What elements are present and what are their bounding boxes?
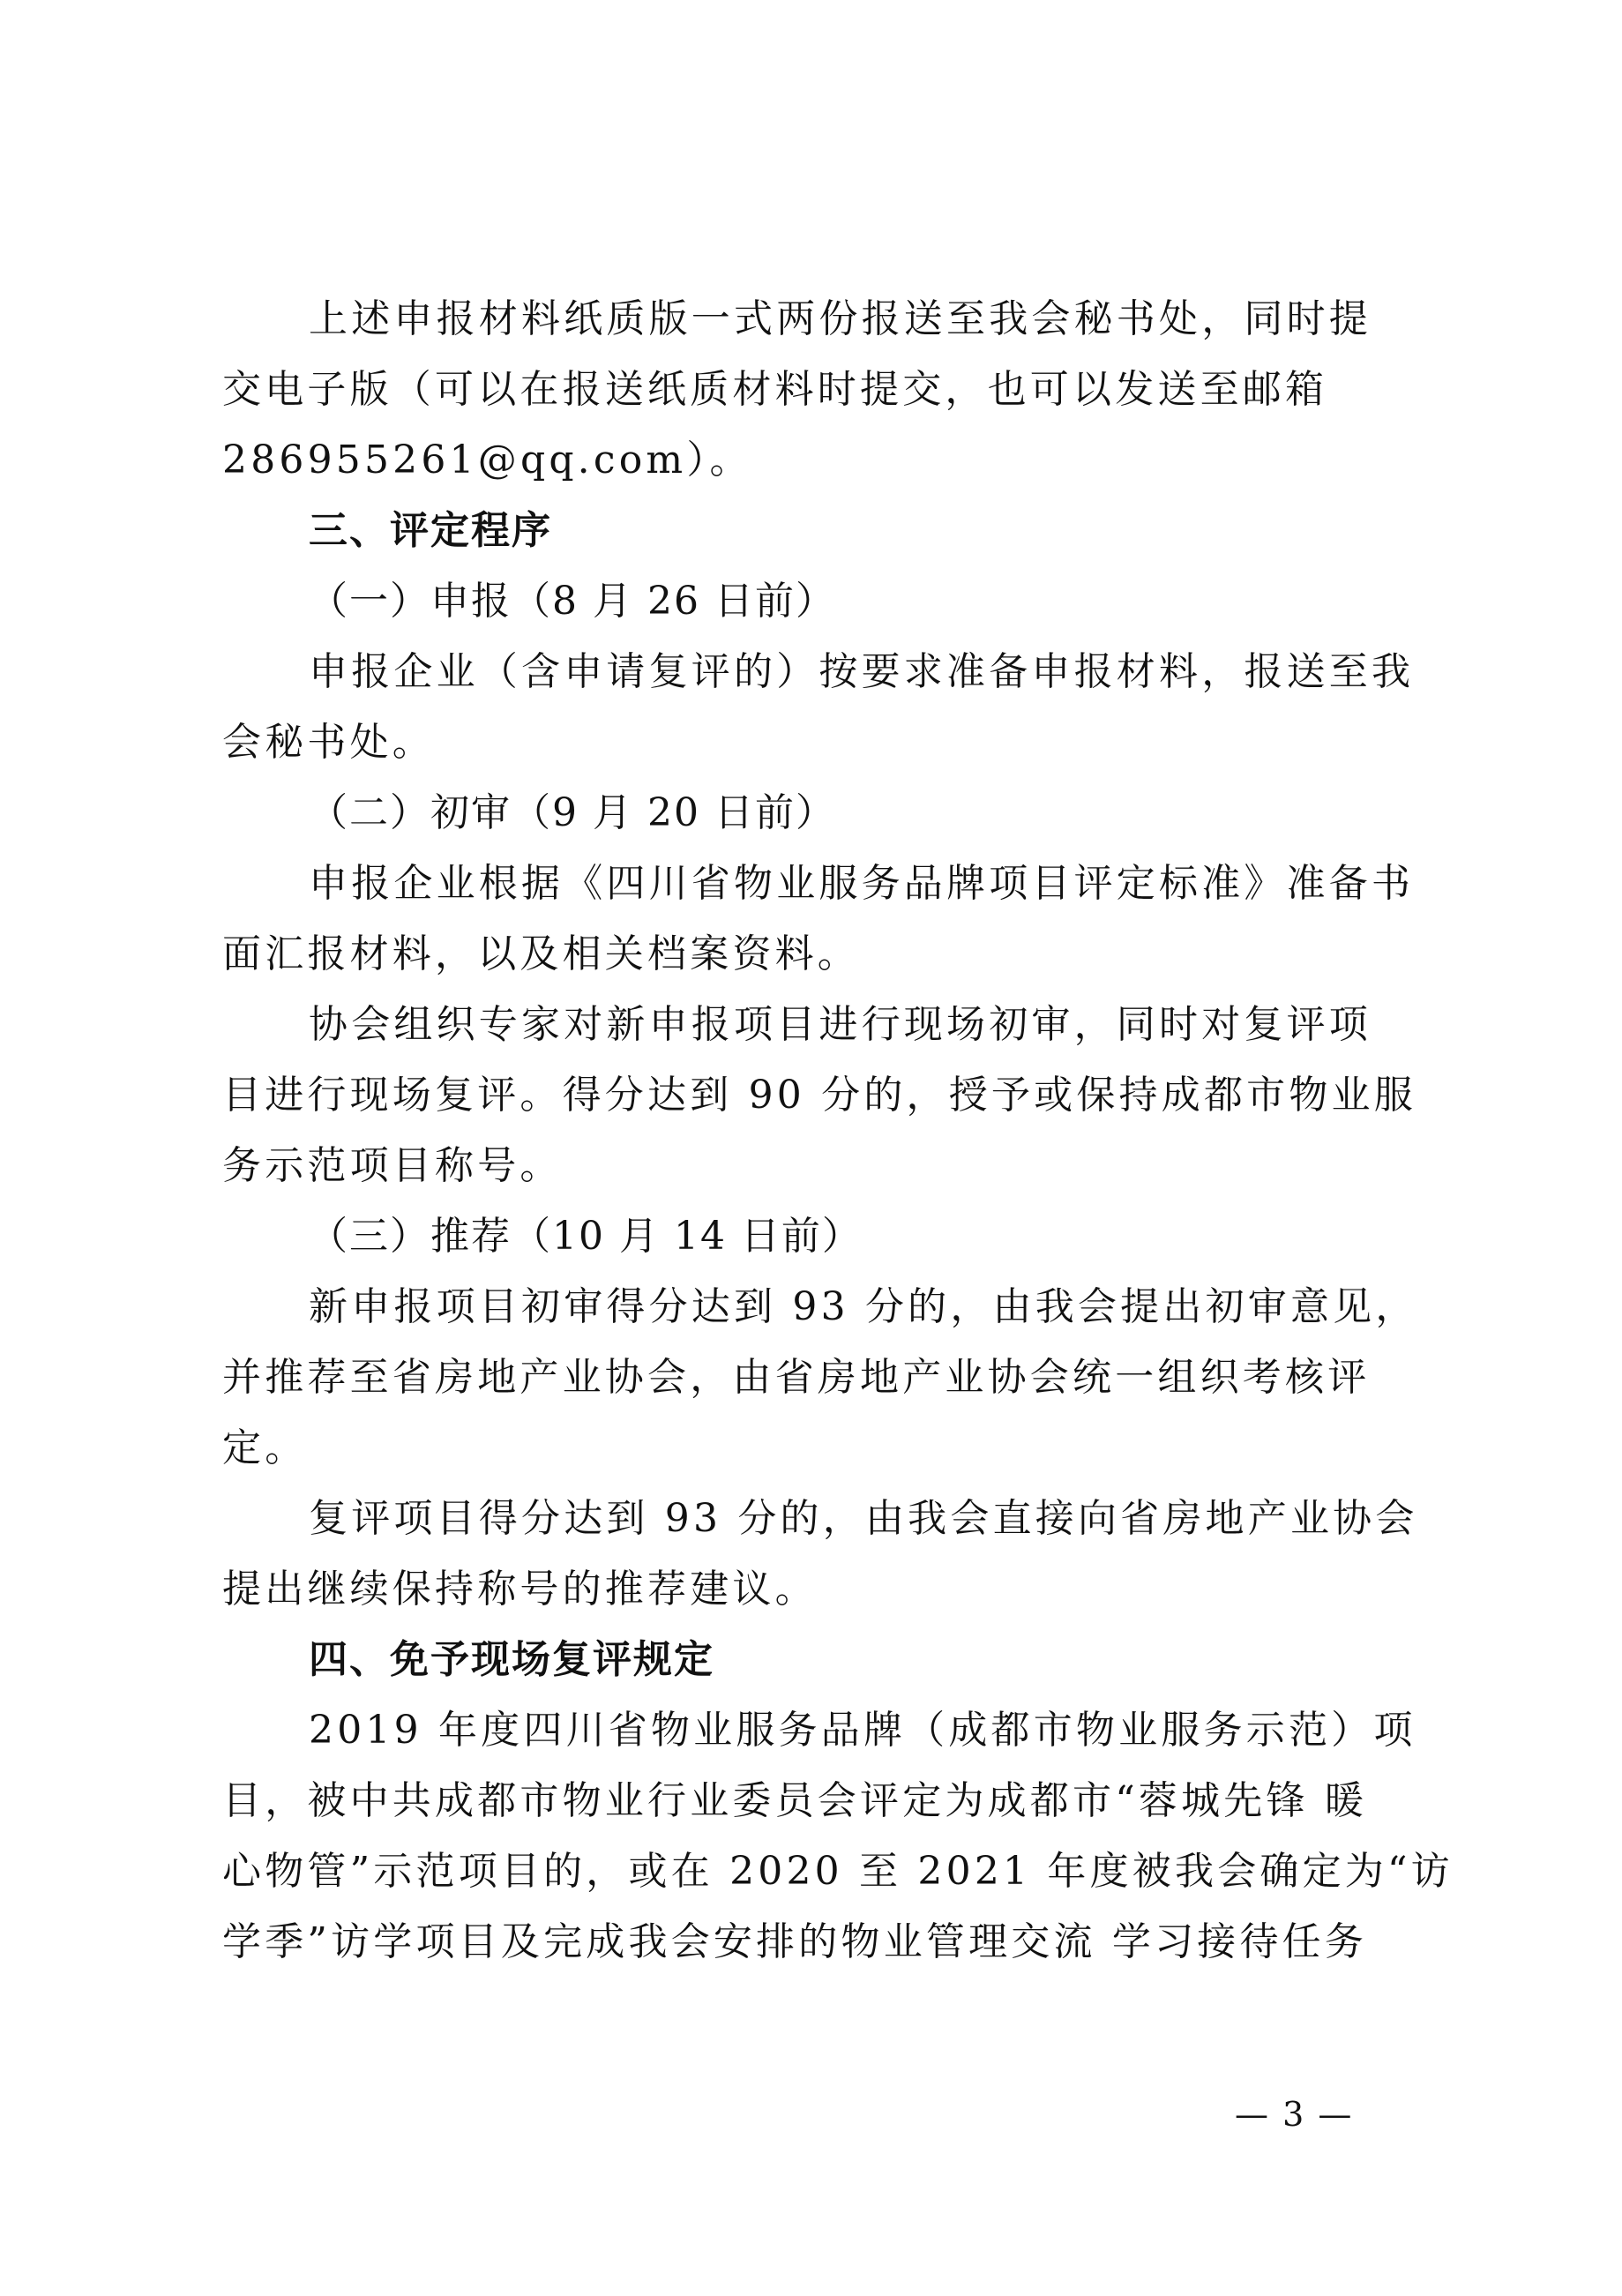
body-line: 2019 年度四川省物业服务品牌（成都市物业服务示范）项 (222, 1695, 1404, 1766)
body-line: 面汇报材料，以及相关档案资料。 (222, 919, 1404, 990)
body-line: 提出继续保持称号的推荐建议。 (222, 1554, 1404, 1625)
body-line: 务示范项目称号。 (222, 1131, 1404, 1201)
body-line: 目进行现场复评。得分达到 90 分的，授予或保持成都市物业服 (222, 1060, 1404, 1131)
body-line: 上述申报材料纸质版一式两份报送至我会秘书处，同时提 (222, 284, 1404, 355)
document-page: 上述申报材料纸质版一式两份报送至我会秘书处，同时提 交电子版（可以在报送纸质材料… (222, 284, 1404, 1978)
body-line: 定。 (222, 1413, 1404, 1484)
body-line: 交电子版（可以在报送纸质材料时提交，也可以发送至邮箱 (222, 355, 1404, 425)
body-line: 学季”访学项目及完成我会安排的物业管理交流 学习接待任务 (222, 1907, 1404, 1978)
subheading-recommendation: （三）推荐（10 月 14 日前） (222, 1201, 1404, 1272)
page-number: — 3 — (1235, 2095, 1353, 2134)
body-line: 286955261@qq.com）。 (222, 425, 1404, 496)
body-line: 会秘书处。 (222, 707, 1404, 778)
body-line: 目，被中共成都市物业行业委员会评定为成都市“蓉城先锋 暖 (222, 1766, 1404, 1836)
section-heading-procedure: 三、评定程序 (222, 496, 1404, 566)
body-line: 新申报项目初审得分达到 93 分的，由我会提出初审意见， (222, 1272, 1404, 1342)
body-line: 复评项目得分达到 93 分的，由我会直接向省房地产业协会 (222, 1484, 1404, 1554)
subheading-application: （一）申报（8 月 26 日前） (222, 566, 1404, 637)
body-line: 协会组织专家对新申报项目进行现场初审，同时对复评项 (222, 990, 1404, 1060)
body-line: 并推荐至省房地产业协会，由省房地产业协会统一组织考核评 (222, 1342, 1404, 1413)
body-line: 申报企业（含申请复评的）按要求准备申报材料，报送至我 (222, 637, 1404, 707)
body-line: 申报企业根据《四川省物业服务品牌项目评定标准》准备书 (222, 849, 1404, 919)
subheading-preliminary-review: （二）初审（9 月 20 日前） (222, 778, 1404, 849)
body-line: 心物管”示范项目的，或在 2020 至 2021 年度被我会确定为“访 (222, 1836, 1404, 1907)
section-heading-exemption: 四、免予现场复评规定 (222, 1625, 1404, 1695)
